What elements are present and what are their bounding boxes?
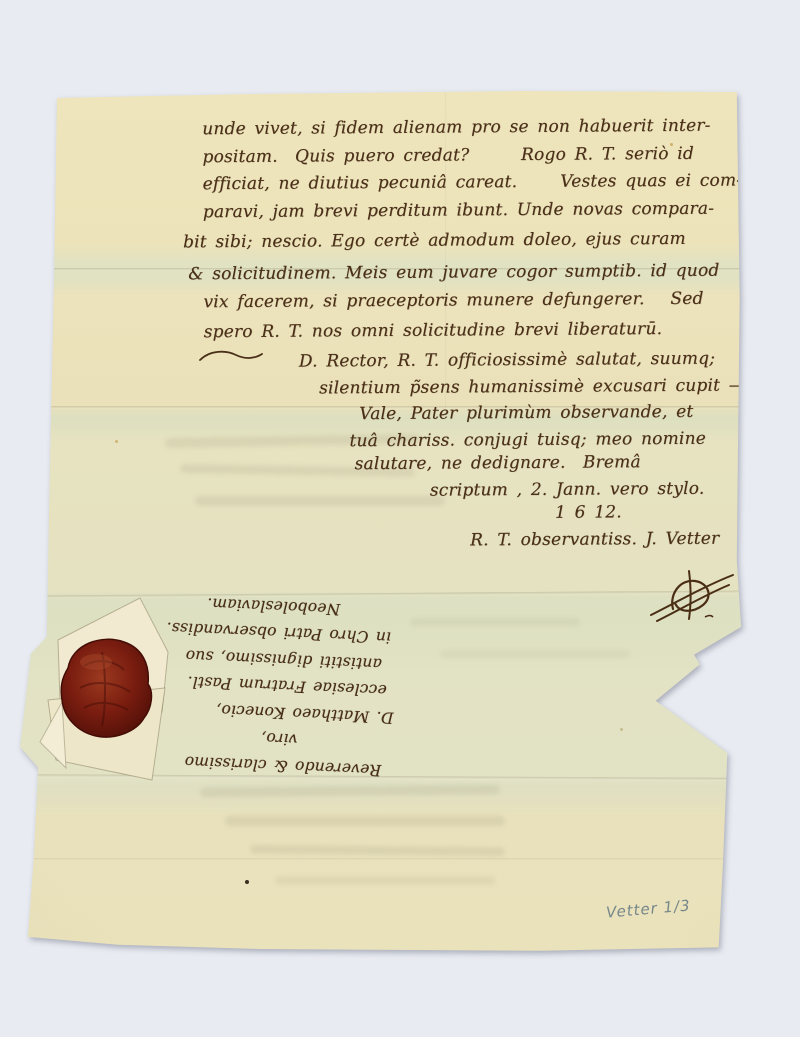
letter-line: tuâ chariss. conjugi tuisq; meo nomine xyxy=(349,428,706,452)
scan-background: unde vivet, si fidem alienam pro se non … xyxy=(0,0,800,1037)
letter-line: positam. Quis puero credat? Rogo R. T. s… xyxy=(202,143,694,168)
letter-sheet: unde vivet, si fidem alienam pro se non … xyxy=(0,0,800,1037)
letter-line: spero R. T. nos omni solicitudine brevi … xyxy=(204,318,663,343)
signature-monogram-flourish xyxy=(645,565,740,625)
letter-line: bit sibi; nescio. Ego certè admodum dole… xyxy=(183,228,686,254)
letter-body: unde vivet, si fidem alienam pro se non … xyxy=(17,85,747,958)
letter-line: scriptum , 2. Jann. vero stylo. xyxy=(430,478,705,502)
letter-line: D. Rector, R. T. officiosissimè salutat,… xyxy=(299,348,715,373)
letter-line: paravi, jam brevi perditum ibunt. Unde n… xyxy=(203,198,714,224)
letter-line: Vale, Pater plurimùm observande, et xyxy=(359,401,693,425)
letter-line: salutare, ne dedignare. Bremâ xyxy=(355,451,641,475)
letter-line: vix facerem, si praeceptoris munere defu… xyxy=(203,288,703,313)
pen-flourish xyxy=(196,346,266,366)
address-block: Reverendo & clarissimoviro,D. Matthaeo K… xyxy=(81,578,399,783)
letter-line: & solicitudinem. Meis eum juvare cogor s… xyxy=(188,260,719,286)
paper-surface: unde vivet, si fidem alienam pro se non … xyxy=(20,88,744,956)
letter-line: 1 6 12. xyxy=(555,501,622,523)
letter-line: R. T. observantiss. J. Vetter xyxy=(470,528,719,552)
letter-line: unde vivet, si fidem alienam pro se non … xyxy=(202,115,710,141)
letter-line: efficiat, ne diutius pecuniâ careat. Ves… xyxy=(203,169,743,195)
letter-line: silentium p̃sens humanissimè excusari cu… xyxy=(319,374,746,399)
